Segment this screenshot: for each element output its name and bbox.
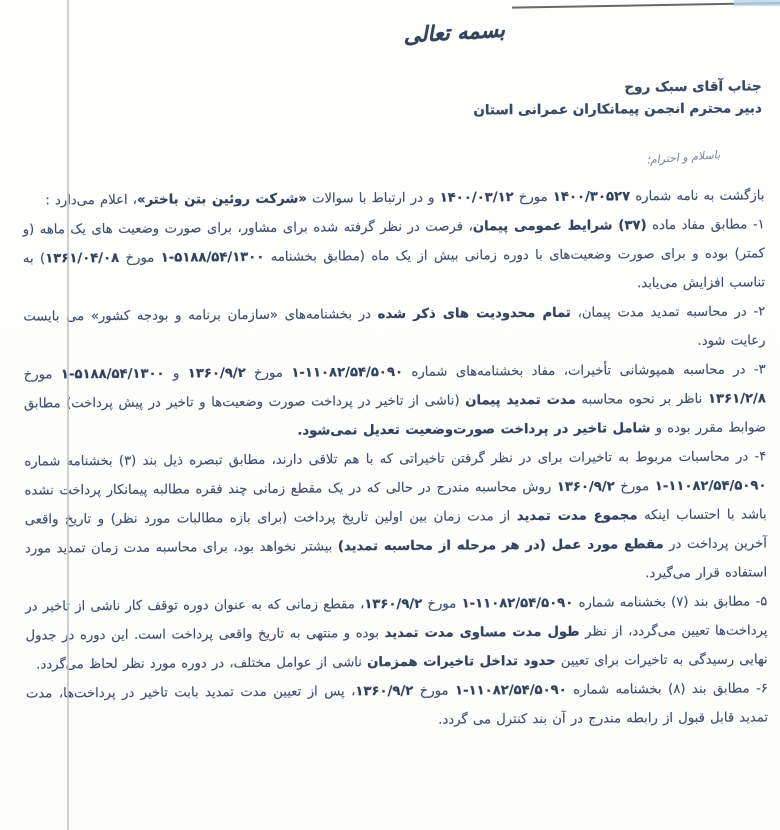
text-segment: مورخ	[24, 367, 61, 382]
text-segment: ۱۴۰۰/۳۰۵۲۷	[553, 189, 630, 205]
letter-paragraph-item-6: ۶- مطابق بند (۸) بخشنامه شماره ۱۱۰۸۲/۵۴/…	[26, 674, 768, 737]
text-segment: مورخ	[615, 479, 655, 494]
text-segment: ۱۴۰۰/۰۳/۱۲	[440, 190, 514, 206]
text-segment: و	[165, 366, 188, 381]
text-segment: «شرکت روئین بتن باختر»	[137, 192, 307, 208]
text-segment: مورخ	[246, 366, 292, 381]
text-segment: ۱۳۶۰/۹/۲	[364, 597, 422, 612]
text-segment: طول مدت مساوی مدت تمدید	[385, 625, 580, 641]
text-segment: مورخ	[119, 251, 161, 266]
text-segment: ۱۱۰۸۲/۵۴/۵۰۹۰-۱	[655, 478, 767, 494]
text-segment: ۱۳۶۰/۹/۲	[188, 366, 246, 381]
text-segment: ۱۱۰۸۲/۵۴/۵۰۹۰-۱	[455, 683, 567, 699]
text-segment: ناشی از عوامل مختلف، در دوره مورد نظر لح…	[36, 655, 367, 672]
letter-content: بسمه تعالی جناب آقای سبک روح دبیر محترم …	[0, 0, 780, 830]
text-segment: مدت تمدید پیمان	[465, 393, 576, 409]
letter-paragraph-item-3: ۳- در محاسبه همپوشانی تأخیرات، مفاد بخشن…	[24, 355, 767, 447]
text-segment: ۱۱۰۸۲/۵۴/۵۰۹۰-۱	[461, 596, 573, 612]
text-segment: ۱۳۶۰/۹/۲	[355, 684, 413, 699]
text-segment: مورخ	[514, 190, 553, 205]
recipient-title: دبیر محترم انجمن پیمانکاران عمرانی استان	[473, 97, 762, 121]
text-segment: ۱- مطابق مفاد ماده	[647, 217, 765, 233]
text-segment: مجموع مدت تمدید	[517, 508, 638, 524]
text-segment: ۱۳۶۰/۹/۲	[557, 479, 615, 494]
recipient-name: جناب آقای سبک روح	[473, 75, 762, 99]
letter-paragraph-item-2: ۲- در محاسبه تمدید مدت پیمان، تمام محدود…	[23, 297, 765, 360]
text-segment: شامل تاخیر در پرداخت صورت‌وضعیت تعدیل نم…	[297, 421, 650, 438]
letter-paragraph-item-4: ۴- در محاسبات مربوط به تاخیرات برای در ن…	[24, 442, 767, 592]
letter-paragraph-item-1: ۱- مطابق مفاد ماده (۳۷) شرایط عمومی پیما…	[23, 210, 766, 302]
handwritten-salutation: باسلام و احترام؛	[646, 148, 721, 167]
text-segment: ، اعلام می‌دارد :	[45, 193, 137, 209]
text-segment: مورخ	[413, 684, 455, 699]
text-segment: ناظر بر نحوه محاسبه	[576, 392, 708, 408]
scanned-letter-page: بسمه تعالی جناب آقای سبک روح دبیر محترم …	[0, 0, 780, 830]
text-segment: تمام محدودیت های ذکر شده	[378, 306, 571, 322]
text-segment: ۵۱۸۸/۵۴/۱۳۰۰-۱	[161, 250, 265, 266]
text-segment: ۵- مطابق بند (۷) بخشنامه شماره	[573, 594, 767, 610]
fold-line	[67, 0, 69, 830]
text-segment: ۱۳۶۱/۰۴/۰۸	[45, 251, 119, 267]
text-segment: بازگشت به نامه شماره	[630, 188, 764, 204]
text-segment: ۵۱۸۸/۵۴/۱۳۰۰-۱	[61, 367, 165, 383]
text-segment: مقطع مورد عمل (در هر مرحله از محاسبه تمد…	[338, 537, 664, 554]
text-segment: (۳۷) شرایط عمومی پیمان	[473, 218, 647, 234]
text-segment: ۳- در محاسبه همپوشانی تأخیرات، مفاد بخشن…	[403, 362, 766, 380]
text-segment: حدود تداخل تاخیرات همزمان	[367, 654, 556, 670]
text-segment: ۶- مطابق بند (۸) بخشنامه شماره	[567, 681, 768, 697]
text-segment: ۲- در محاسبه تمدید مدت پیمان،	[571, 304, 766, 320]
recipient-block: جناب آقای سبک روح دبیر محترم انجمن پیمان…	[473, 75, 762, 121]
text-segment: ۱۱۰۸۲/۵۴/۵۰۹۰-۱	[291, 365, 403, 381]
besmellah-calligraphy: بسمه تعالی	[403, 17, 506, 48]
letter-paragraph-item-5: ۵- مطابق بند (۷) بخشنامه شماره ۱۱۰۸۲/۵۴/…	[25, 587, 768, 679]
text-segment: و در ارتباط با سوالات	[307, 191, 440, 207]
text-segment: ۴- در محاسبات مربوط به تاخیرات برای در ن…	[24, 449, 766, 469]
letter-body: بازگشت به نامه شماره ۱۴۰۰/۳۰۵۲۷ مورخ ۱۴۰…	[22, 181, 768, 737]
text-segment: مورخ	[422, 597, 461, 612]
text-segment: ۱۳۶۱/۲/۸	[708, 391, 766, 406]
